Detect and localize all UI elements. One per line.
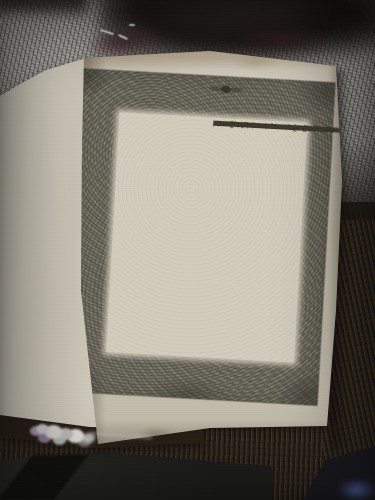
printed-page: Во славу Святыя, Единосущныя, Животворящ… xyxy=(76,48,344,450)
photo-of-antique-book: Во славу Святыя, Единосущныя, Животворящ… xyxy=(0,0,375,500)
colophon-panel: Во славу Святыя, Единосущныя, Животворящ… xyxy=(106,112,307,362)
engraved-border: Во славу Святыя, Единосущныя, Животворящ… xyxy=(60,68,336,406)
light-yarn-patch xyxy=(28,416,118,452)
